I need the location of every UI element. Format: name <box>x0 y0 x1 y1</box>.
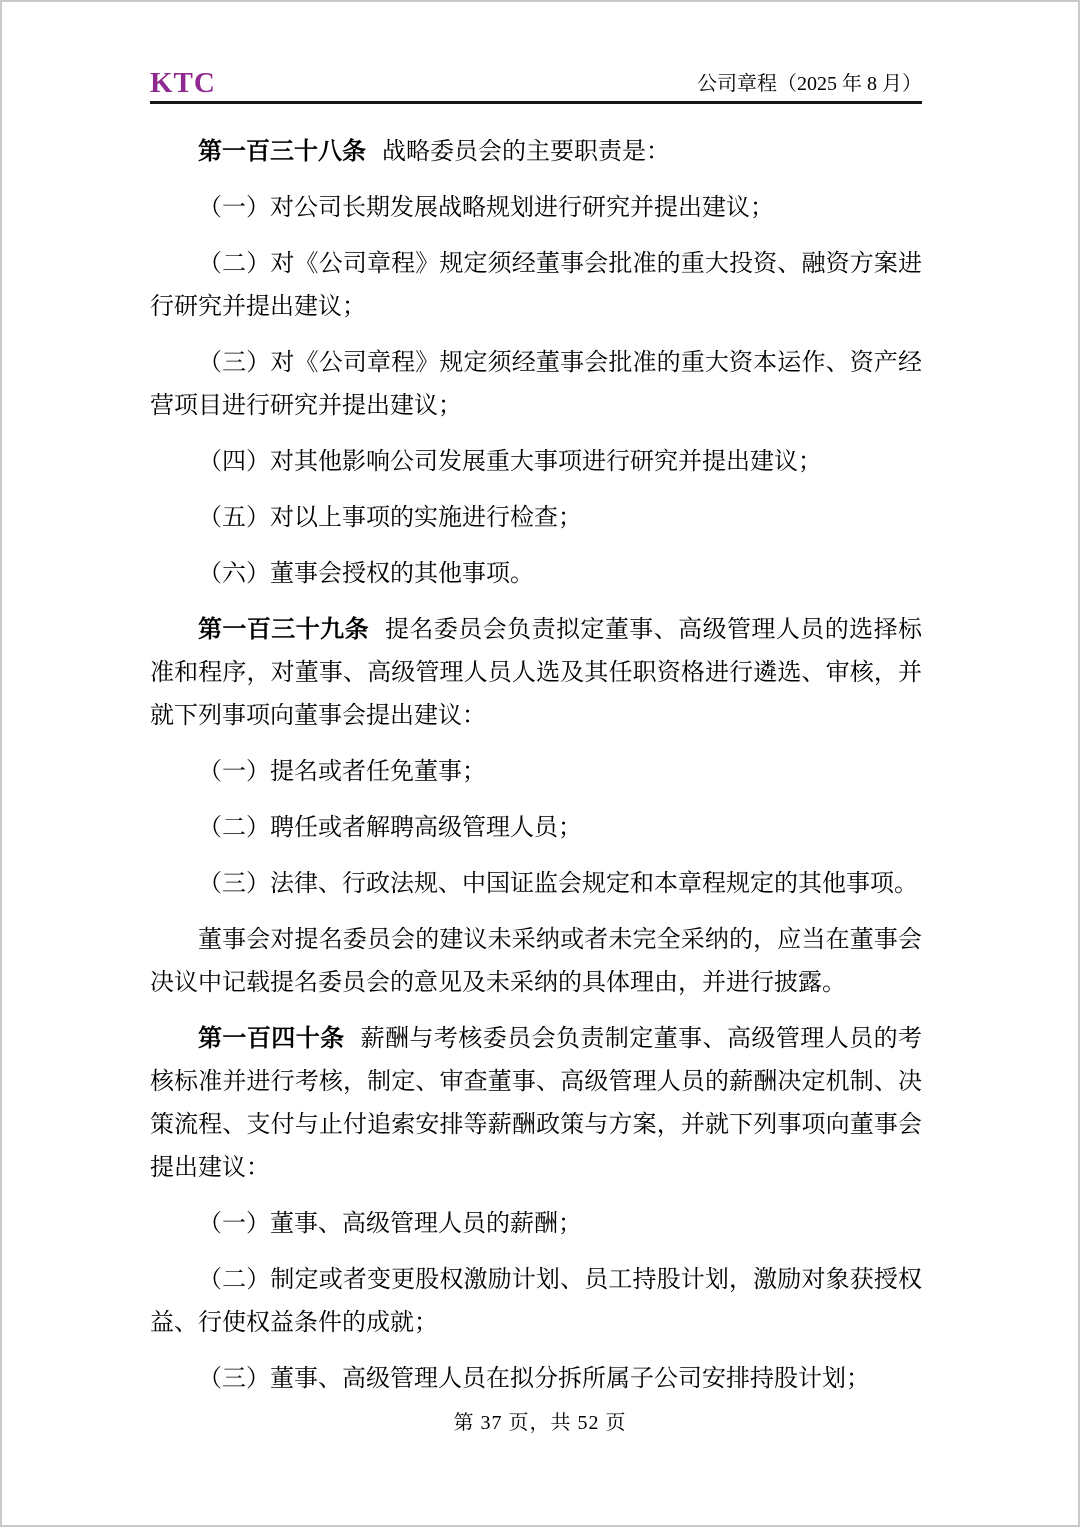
document-body: 第一百三十八条战略委员会的主要职责是： （一）对公司长期发展战略规划进行研究并提… <box>150 104 922 1414</box>
paragraph-text: （三）法律、行政法规、中国证监会规定和本章程规定的其他事项。 <box>198 871 918 897</box>
page-footer: 第 37 页，共 52 页 <box>2 1406 1078 1435</box>
paragraph: 第一百三十九条提名委员会负责拟定董事、高级管理人员的选择标准和程序，对董事、高级… <box>150 609 922 738</box>
paragraph: （五）对以上事项的实施进行检查； <box>150 497 922 540</box>
paragraph-text: （五）对以上事项的实施进行检查； <box>198 505 582 531</box>
paragraph-text: （三）对《公司章程》规定须经董事会批准的重大资本运作、资产经营项目进行研究并提出… <box>150 350 922 419</box>
paragraph-text: （四）对其他影响公司发展重大事项进行研究并提出建议； <box>198 449 822 475</box>
paragraph: （六）董事会授权的其他事项。 <box>150 553 922 596</box>
paragraph-text: （一）董事、高级管理人员的薪酬； <box>198 1211 582 1237</box>
paragraph-text: （二）聘任或者解聘高级管理人员； <box>198 815 582 841</box>
article-number: 第一百三十九条 <box>198 617 369 643</box>
paragraph-text: （六）董事会授权的其他事项。 <box>198 561 534 587</box>
paragraph-text: 董事会对提名委员会的建议未采纳或者未完全采纳的，应当在董事会决议中记载提名委员会… <box>150 927 922 996</box>
article-number: 第一百三十八条 <box>198 139 366 165</box>
paragraph-text: （一）提名或者任免董事； <box>198 759 486 785</box>
article-number: 第一百四十条 <box>198 1026 345 1052</box>
paragraph: （三）法律、行政法规、中国证监会规定和本章程规定的其他事项。 <box>150 863 922 906</box>
paragraph-text: （二）制定或者变更股权激励计划、员工持股计划，激励对象获授权益、行使权益条件的成… <box>150 1267 922 1336</box>
page-number: 第 37 页，共 52 页 <box>454 1412 627 1434</box>
paragraph: （一）提名或者任免董事； <box>150 751 922 794</box>
paragraph: 董事会对提名委员会的建议未采纳或者未完全采纳的，应当在董事会决议中记载提名委员会… <box>150 919 922 1005</box>
paragraph: （二）对《公司章程》规定须经董事会批准的重大投资、融资方案进行研究并提出建议； <box>150 243 922 329</box>
paragraph-text: 战略委员会的主要职责是： <box>382 139 670 165</box>
paragraph: （三）董事、高级管理人员在拟分拆所属子公司安排持股计划； <box>150 1358 922 1401</box>
paragraph-text: （一）对公司长期发展战略规划进行研究并提出建议； <box>198 195 774 221</box>
paragraph: 第一百四十条薪酬与考核委员会负责制定董事、高级管理人员的考核标准并进行考核，制定… <box>150 1018 922 1190</box>
paragraph: （四）对其他影响公司发展重大事项进行研究并提出建议； <box>150 441 922 484</box>
header-document-title: 公司章程（2025 年 8 月） <box>697 67 922 101</box>
page-header: KTC 公司章程（2025 年 8 月） <box>150 2 922 104</box>
paragraph-text: （三）董事、高级管理人员在拟分拆所属子公司安排持股计划； <box>198 1366 870 1392</box>
paragraph: 第一百三十八条战略委员会的主要职责是： <box>150 131 922 174</box>
paragraph-text: （二）对《公司章程》规定须经董事会批准的重大投资、融资方案进行研究并提出建议； <box>150 251 922 320</box>
paragraph: （三）对《公司章程》规定须经董事会批准的重大资本运作、资产经营项目进行研究并提出… <box>150 342 922 428</box>
paragraph: （二）制定或者变更股权激励计划、员工持股计划，激励对象获授权益、行使权益条件的成… <box>150 1259 922 1345</box>
paragraph: （一）对公司长期发展战略规划进行研究并提出建议； <box>150 187 922 230</box>
paragraph: （二）聘任或者解聘高级管理人员； <box>150 807 922 850</box>
company-logo: KTC <box>150 67 216 101</box>
paragraph: （一）董事、高级管理人员的薪酬； <box>150 1203 922 1246</box>
document-page: KTC 公司章程（2025 年 8 月） 第一百三十八条战略委员会的主要职责是：… <box>0 0 1080 1527</box>
